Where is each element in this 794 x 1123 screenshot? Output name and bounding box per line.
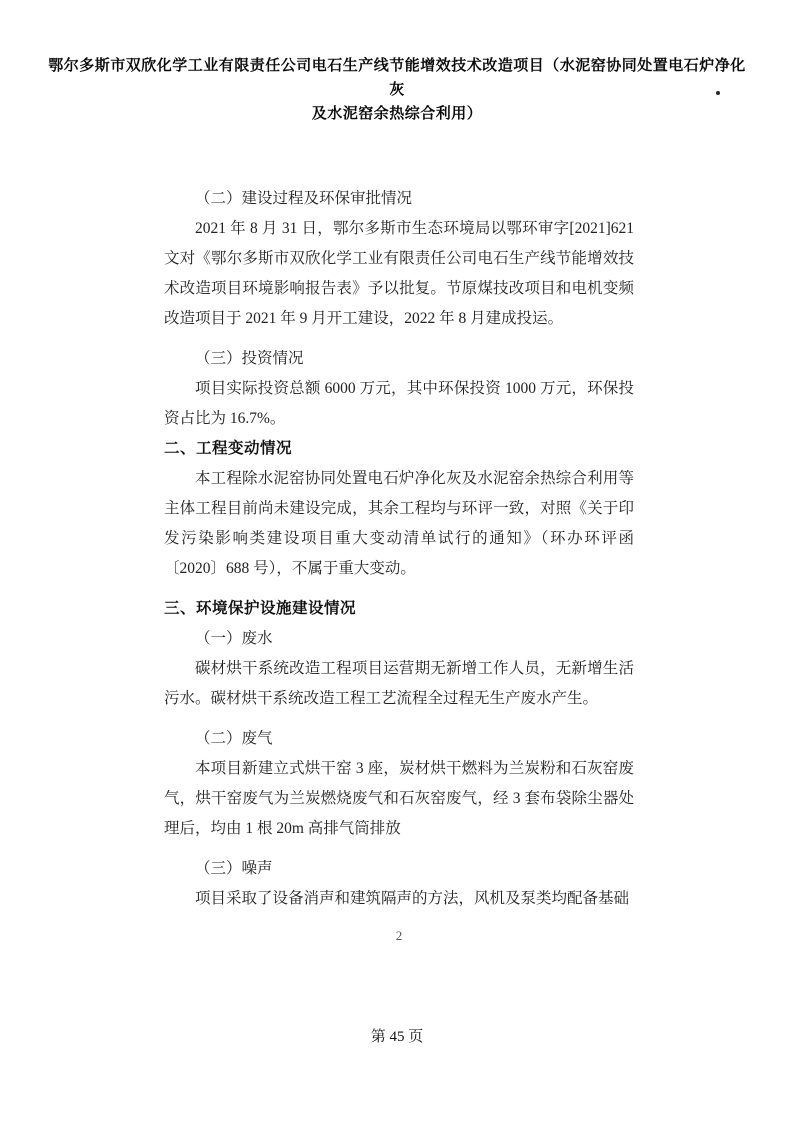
paragraph-subheading: （三）噪声 xyxy=(164,854,634,884)
paragraph-body: 碳材烘干系统改造工程项目运营期无新增工作人员，无新增生活污水。碳材烘干系统改造工… xyxy=(164,654,634,714)
header-title-line2: 及水泥窑余热综合利用） xyxy=(47,102,747,126)
paragraph-subheading: （二）建设过程及环保审批情况 xyxy=(164,184,634,214)
paragraph-body: 项目实际投资总额 6000 万元，其中环保投资 1000 万元，环保投资占比为 … xyxy=(164,374,634,434)
paragraph-heading: 三、环境保护设施建设情况 xyxy=(164,594,634,624)
paragraph-subheading: （二）废气 xyxy=(164,724,634,754)
paragraph-heading: 二、工程变动情况 xyxy=(164,434,634,464)
paragraph-subheading: （三）投资情况 xyxy=(164,344,634,374)
paragraph-body: 2021 年 8 月 31 日，鄂尔多斯市生态环境局以鄂环审字[2021]621… xyxy=(164,214,634,334)
paragraph-body: 本工程除水泥窑协同处置电石炉净化灰及水泥窑余热综合利用等主体工程目前尚未建设完成… xyxy=(164,464,634,584)
paragraph-subheading: （一）废水 xyxy=(164,624,634,654)
document-page: 鄂尔多斯市双欣化学工业有限责任公司电石生产线节能增效技术改造项目（水泥窑协同处置… xyxy=(0,0,794,1123)
paragraph-body: 项目采取了设备消声和建筑隔声的方法，风机及泵类均配备基础 xyxy=(164,884,634,914)
paragraph-body: 本项目新建立式烘干窑 3 座，炭材烘干燃料为兰炭粉和石灰窑废气，烘干窑废气为兰炭… xyxy=(164,754,634,844)
document-body: （二）建设过程及环保审批情况2021 年 8 月 31 日，鄂尔多斯市生态环境局… xyxy=(164,184,634,914)
scan-artifact-dot xyxy=(716,91,720,95)
document-header-title: 鄂尔多斯市双欣化学工业有限责任公司电石生产线节能增效技术改造项目（水泥窑协同处置… xyxy=(47,54,747,126)
inner-page-number: 2 xyxy=(164,928,634,944)
header-title-line1: 鄂尔多斯市双欣化学工业有限责任公司电石生产线节能增效技术改造项目（水泥窑协同处置… xyxy=(47,54,747,102)
footer-page-number: 第 45 页 xyxy=(0,1025,794,1046)
